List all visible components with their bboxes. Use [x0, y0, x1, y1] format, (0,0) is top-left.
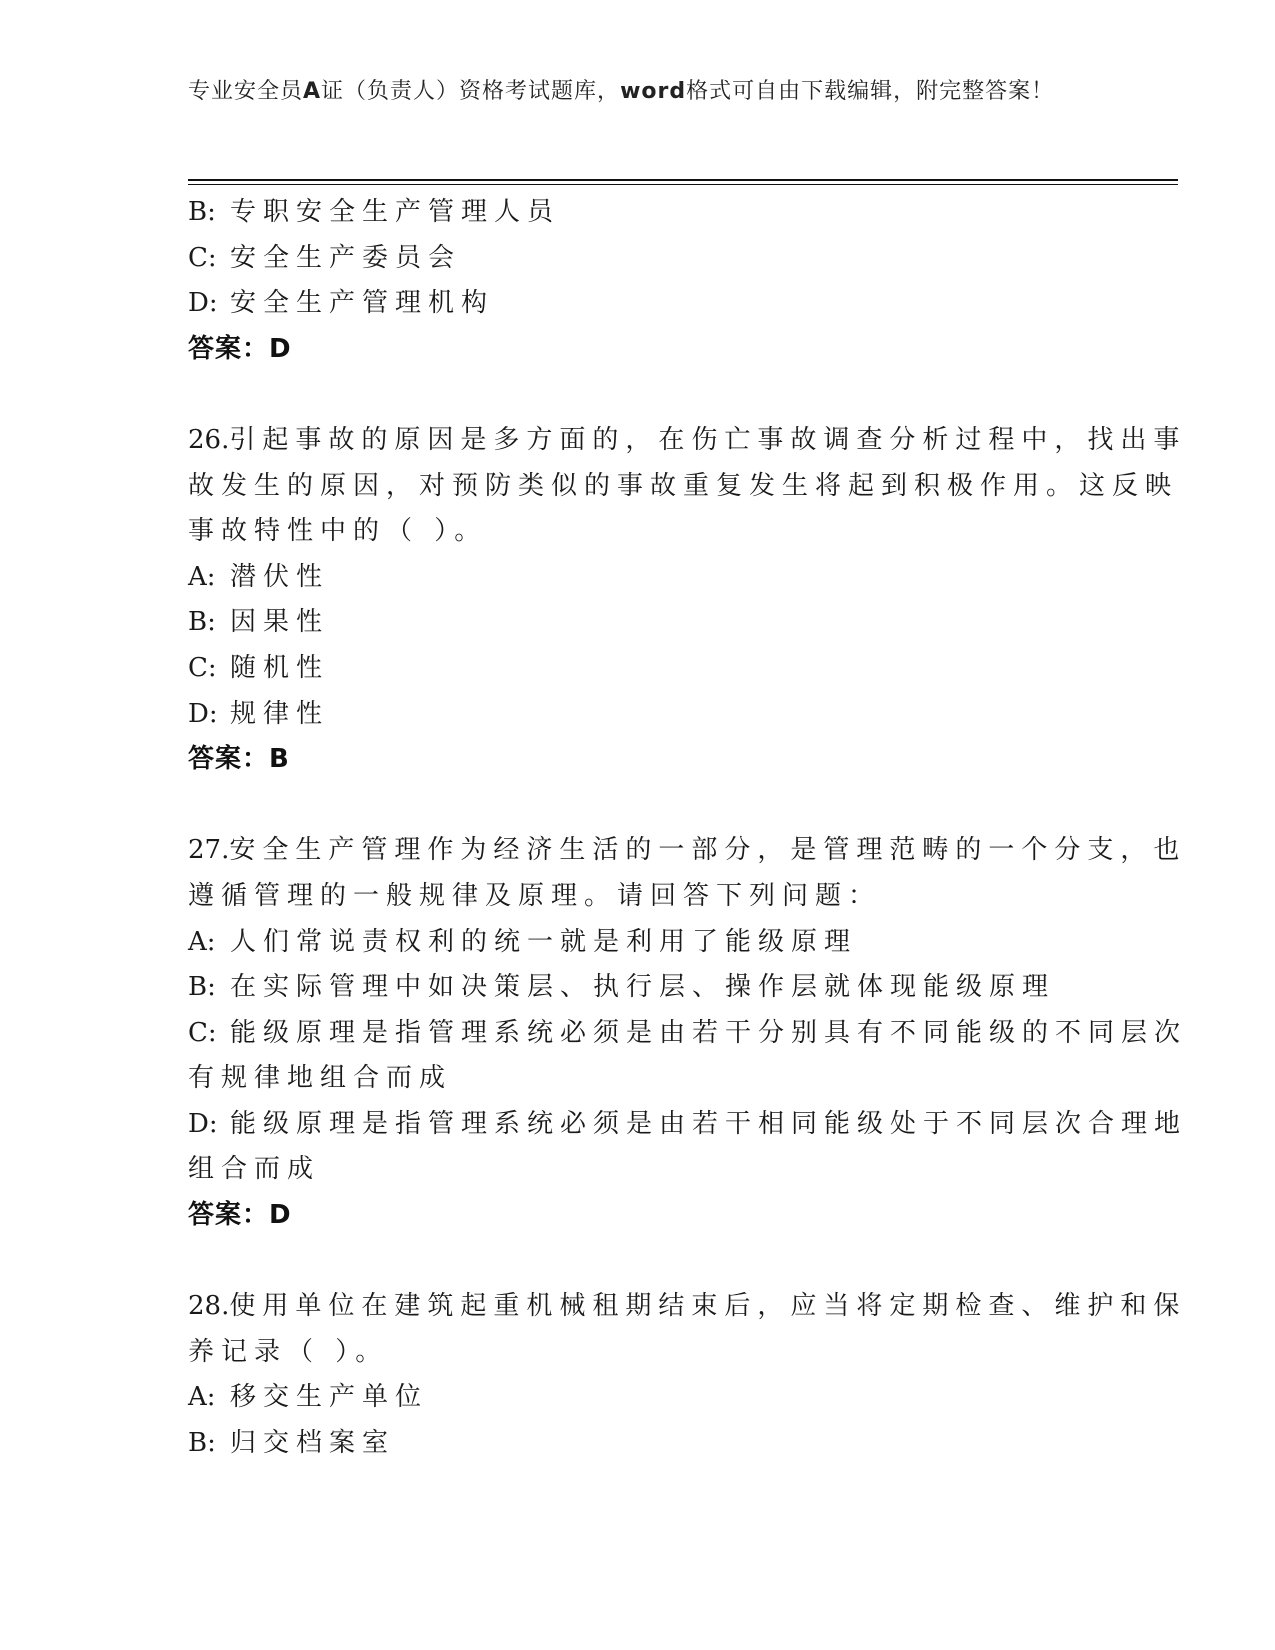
question-list: B:专职安全生产管理人员 C:安全生产委员会 D:安全生产管理机构 答案：D 2… [188, 190, 1108, 1467]
question-stem: 27.安全生产管理作为经济生活的一部分，是管理范畴的一个分支，也 [188, 828, 1108, 874]
option-a: A:移交生产单位 [188, 1375, 1108, 1421]
answer-line: 答案：D [188, 327, 1108, 373]
document-header: 专业安全员A证（负责人）资格考试题库，word格式可自由下载编辑，附完整答案！ [188, 76, 1068, 108]
option-b: B:归交档案室 [188, 1421, 1108, 1467]
question-27: 27.安全生产管理作为经济生活的一部分，是管理范畴的一个分支，也 遵循管理的一般… [188, 828, 1108, 1238]
option-b: B:专职安全生产管理人员 [188, 190, 1108, 236]
header-rule-thick [188, 179, 1178, 181]
header-text-latin: word [620, 79, 686, 104]
spacer [188, 783, 1108, 829]
question-stem: 遵循管理的一般规律及原理。请回答下列问题： [188, 874, 1108, 920]
question-stem: 28.使用单位在建筑起重机械租期结束后，应当将定期检查、维护和保 [188, 1284, 1108, 1330]
option-d-continuation: 组合而成 [188, 1147, 1108, 1193]
question-number: 27. [188, 835, 229, 865]
header-text: 格式可自由下载编辑，附完整答案！ [686, 79, 1054, 104]
header-text-latin: A [303, 79, 321, 104]
option-c: C:随机性 [188, 646, 1108, 692]
spacer [188, 1239, 1108, 1285]
option-b: B:因果性 [188, 600, 1108, 646]
option-b: B:在实际管理中如决策层、执行层、操作层就体现能级原理 [188, 965, 1108, 1011]
option-d: D:能级原理是指管理系统必须是由若干相同能级处于不同层次合理地 [188, 1102, 1108, 1148]
header-text: 证（负责人）资格考试题库， [321, 79, 620, 104]
header-text: 专业安全员 [188, 79, 303, 104]
option-c: C:能级原理是指管理系统必须是由若干分别具有不同能级的不同层次 [188, 1011, 1108, 1057]
option-d: D:规律性 [188, 692, 1108, 738]
option-d: D:安全生产管理机构 [188, 281, 1108, 327]
question-stem: 26.引起事故的原因是多方面的，在伤亡事故调查分析过程中，找出事 [188, 418, 1108, 464]
question-25-tail: B:专职安全生产管理人员 C:安全生产委员会 D:安全生产管理机构 答案：D [188, 190, 1108, 372]
option-c: C:安全生产委员会 [188, 236, 1108, 282]
question-number: 26. [188, 425, 229, 455]
option-a: A:人们常说责权利的统一就是利用了能级原理 [188, 920, 1108, 966]
question-stem: 事故特性中的（ ）。 [188, 509, 1108, 555]
option-a: A:潜伏性 [188, 555, 1108, 601]
answer-line: 答案：B [188, 737, 1108, 783]
question-number: 28. [188, 1291, 229, 1321]
answer-line: 答案：D [188, 1193, 1108, 1239]
option-c-continuation: 有规律地组合而成 [188, 1056, 1108, 1102]
question-stem: 养记录（ ）。 [188, 1330, 1108, 1376]
question-28: 28.使用单位在建筑起重机械租期结束后，应当将定期检查、维护和保 养记录（ ）。… [188, 1284, 1108, 1466]
spacer [188, 372, 1108, 418]
question-26: 26.引起事故的原因是多方面的，在伤亡事故调查分析过程中，找出事 故发生的原因，… [188, 418, 1108, 783]
question-stem: 故发生的原因，对预防类似的事故重复发生将起到积极作用。这反映 [188, 464, 1108, 510]
header-rule-thin [188, 184, 1178, 185]
